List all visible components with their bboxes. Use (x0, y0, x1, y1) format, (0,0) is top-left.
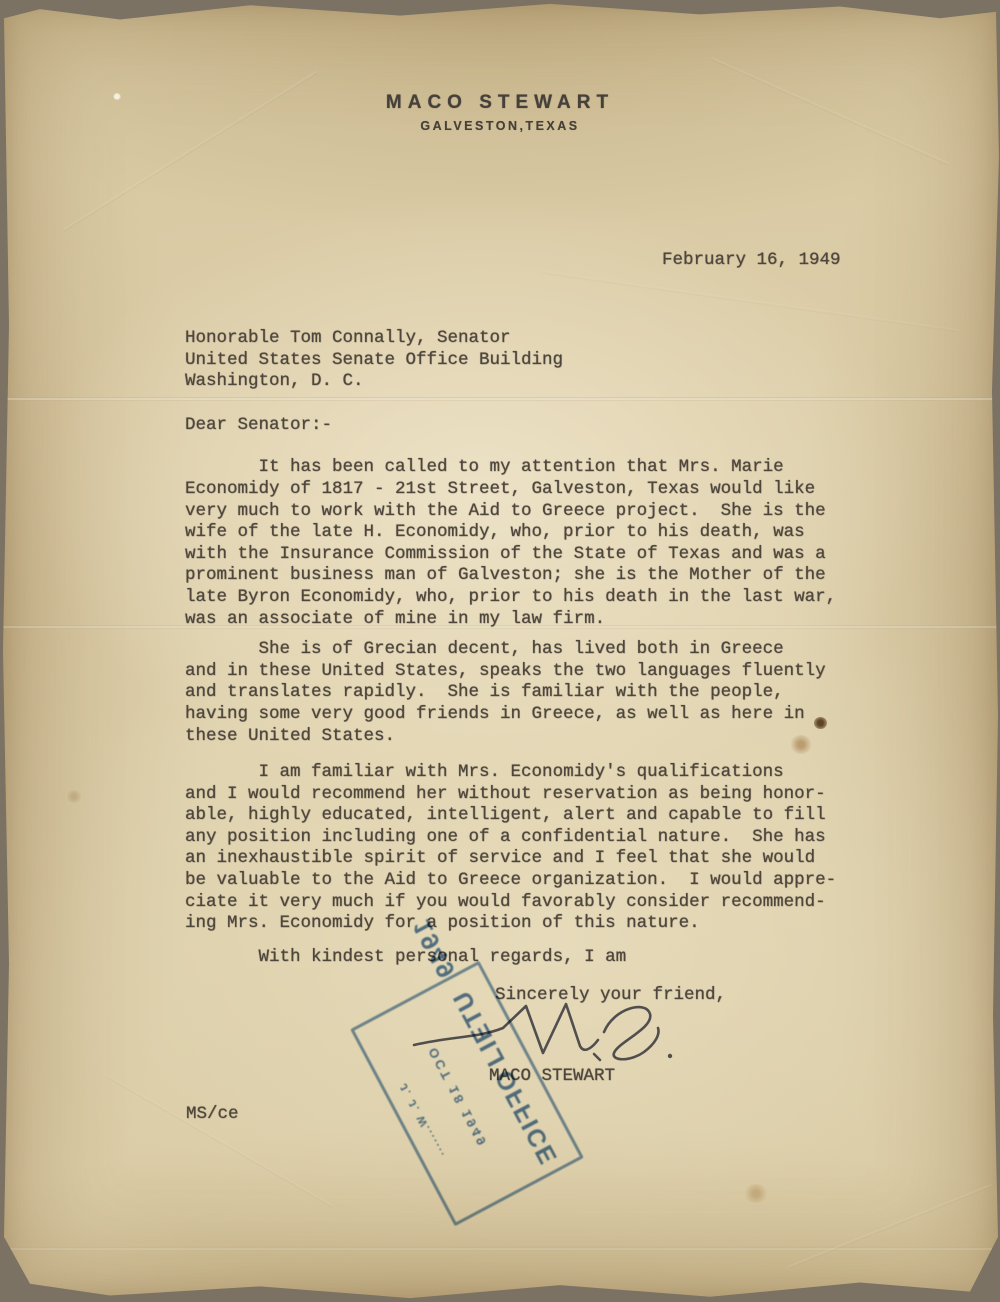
fox-spot (66, 790, 82, 803)
letterhead: MACO STEWART GALVESTON,TEXAS (0, 92, 1000, 133)
reference-initials: MS/ce (186, 1104, 239, 1126)
date-line: February 16, 1949 (662, 250, 841, 272)
scanned-letter-page: { "letter": { "letterhead": { "name": "M… (0, 0, 1000, 1302)
recipient-city: Washington, D. C. (185, 371, 875, 393)
paragraph-3: I am familiar with Mrs. Economidy's qual… (185, 762, 875, 935)
recipient-address: United States Senate Office Building (185, 350, 875, 372)
wrinkle-line (787, 1184, 992, 1269)
wrinkle-line (107, 1075, 334, 1208)
closing-line: With kindest personal regards, I am (185, 947, 875, 969)
stain-faint (744, 1184, 768, 1203)
paragraph-2: She is of Grecian decent, has lived both… (185, 639, 875, 747)
stamp-edge-text: J. J. W....... (398, 1081, 448, 1160)
wrinkle-line (542, 271, 958, 332)
letter-body: Honorable Tom Connally, Senator United S… (185, 328, 875, 1007)
salutation: Dear Senator:- (185, 415, 875, 437)
letterhead-name: MACO STEWART (0, 92, 1000, 114)
paragraph-1: It has been called to my attention that … (185, 457, 875, 630)
aged-paper-sheet: MACO STEWART GALVESTON,TEXAS February 16… (0, 0, 1000, 1302)
horizontal-fold-crease (0, 1247, 1000, 1251)
letterhead-city: GALVESTON,TEXAS (0, 119, 1000, 133)
recipient-name: Honorable Tom Connally, Senator (185, 328, 875, 350)
